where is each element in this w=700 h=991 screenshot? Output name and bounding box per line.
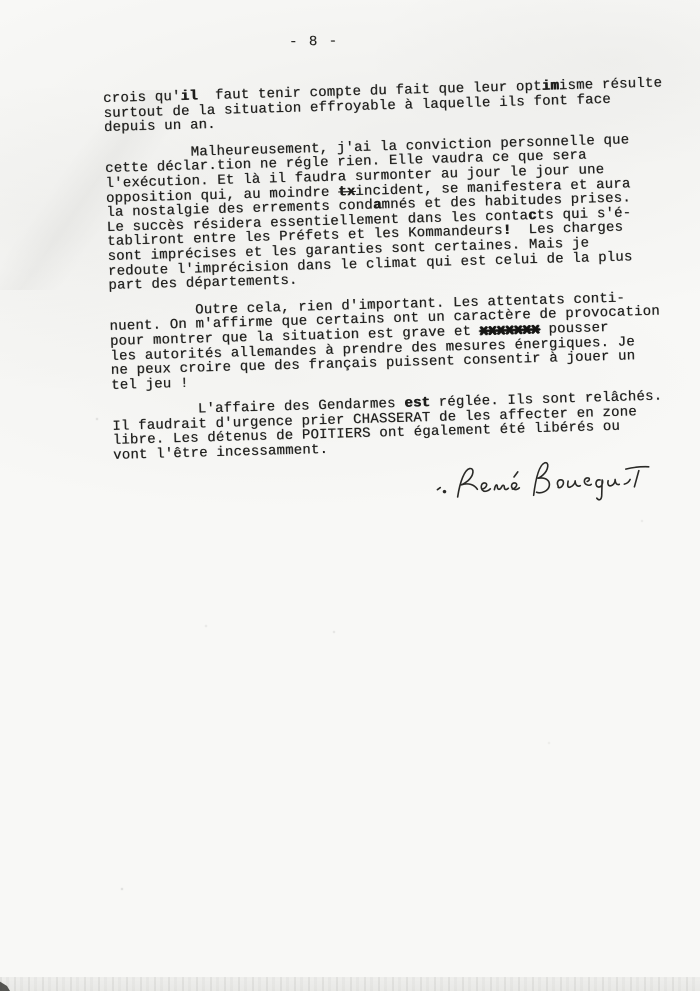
- page-number: - 8 -: [289, 34, 339, 51]
- paragraph-3: Outre cela, rien d'important. Les attent…: [109, 289, 693, 393]
- paragraph-2: Malheureusement, j'ai la conviction pers…: [105, 132, 691, 294]
- scanned-document-page: - 8 - crois qu'il faut tenir compte du f…: [0, 0, 700, 991]
- signature-handwriting-icon: [429, 442, 656, 512]
- paper-specks: [0, 0, 2, 2]
- signature: René Bousquet: [429, 442, 656, 512]
- paragraph-1: crois qu'il faut tenir compte du fait qu…: [103, 76, 686, 136]
- typed-text-block: crois qu'il faut tenir compte du fait qu…: [103, 76, 695, 464]
- scan-bottom-edge: [0, 977, 700, 991]
